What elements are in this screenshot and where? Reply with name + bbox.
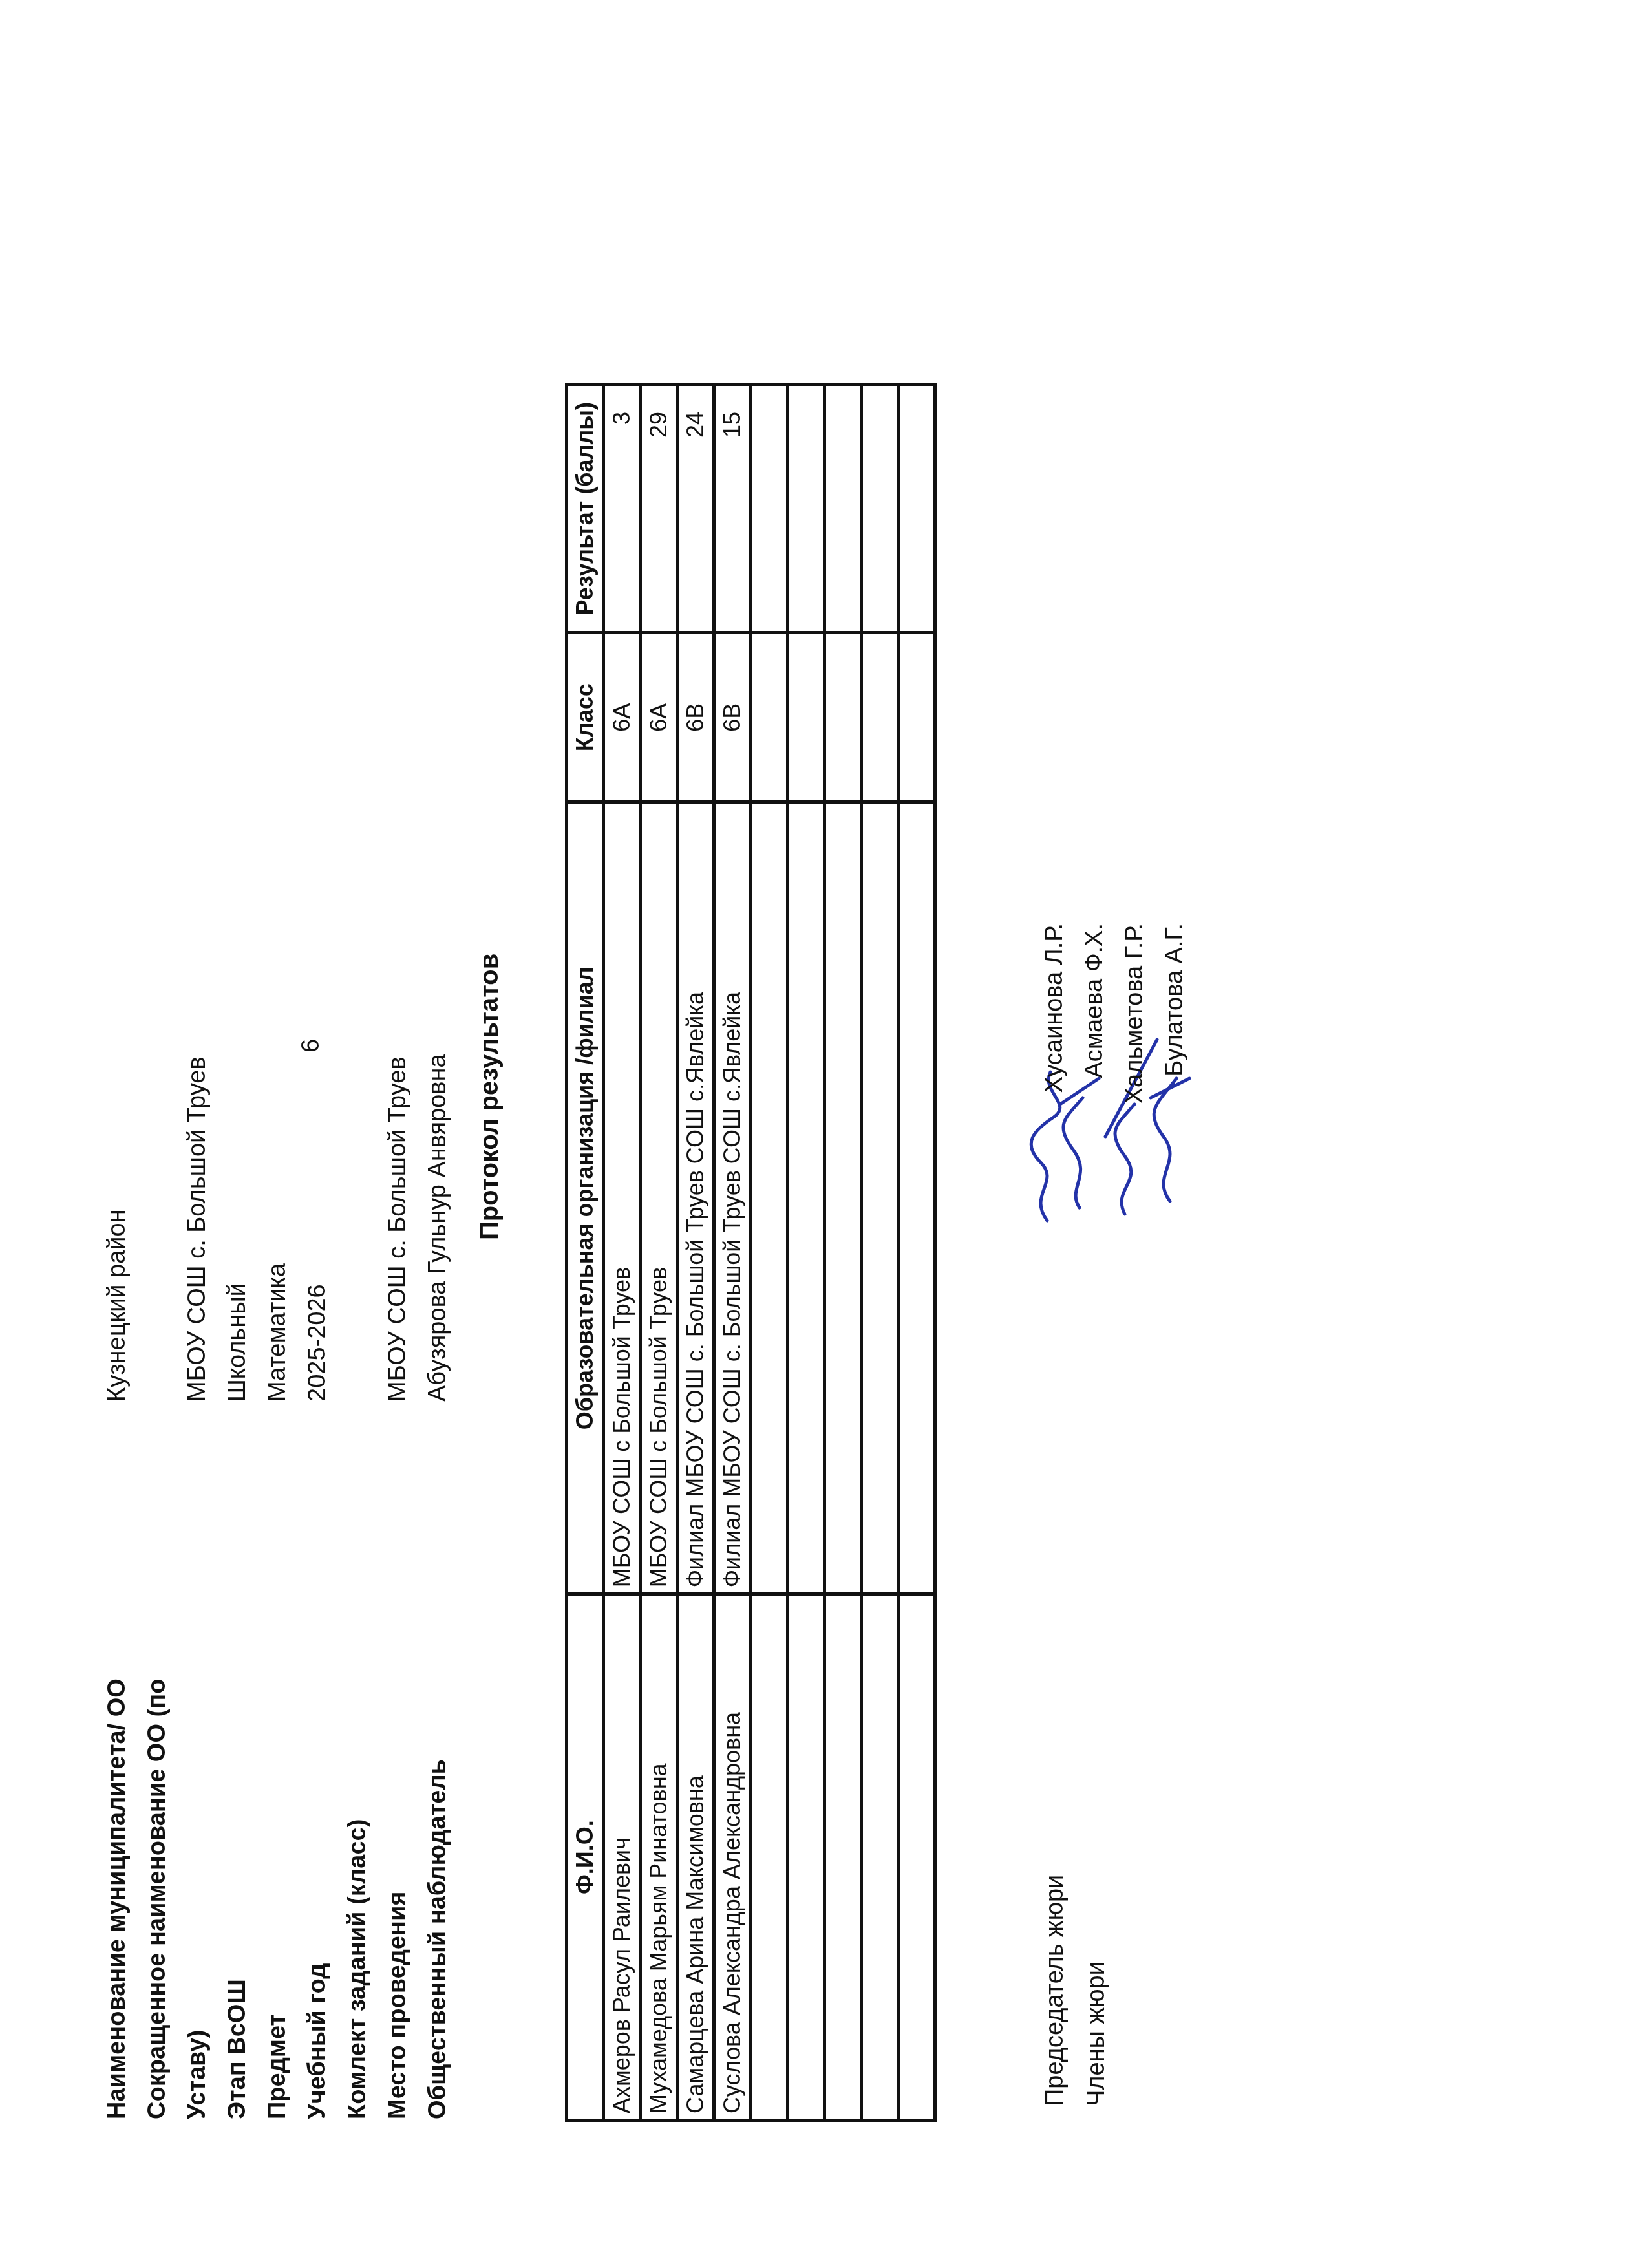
venue-value: МБОУ СОШ с. Большой Труев xyxy=(378,1054,418,1402)
cell-fio xyxy=(899,1594,935,2121)
meta-label: Место проведения xyxy=(378,1678,418,2119)
table-row xyxy=(751,385,788,2121)
cell-fio: Суслова Александра Александровна xyxy=(714,1594,751,2121)
cell-organization: Филиал МБОУ СОШ с. Большой Труев СОШ с.Я… xyxy=(677,802,714,1594)
cell-class xyxy=(825,633,862,802)
cell-fio xyxy=(825,1594,862,2121)
meta-values: Кузнецкий район МБОУ СОШ с. Большой Труе… xyxy=(97,1054,458,1402)
meta-label: Учебный год xyxy=(297,1678,337,2119)
meta-label: Этап ВсОШ xyxy=(217,1678,257,2119)
jury-name: Асмаева Ф.Х. xyxy=(1074,923,1114,1169)
jury-chair-label: Председатель жюри xyxy=(1034,1875,1076,2106)
cell-organization: МБОУ СОШ с Большой Труев xyxy=(604,802,641,1594)
meta-labels: Наименование муниципалитета/ ОО Сокращен… xyxy=(97,1678,458,2119)
cell-fio xyxy=(862,1594,899,2121)
cell-fio xyxy=(751,1594,788,2121)
cell-result xyxy=(862,385,899,633)
school-short-name-value: МБОУ СОШ с. Большой Труев xyxy=(177,1054,217,1402)
school-year-value: 2025-2026 xyxy=(297,1054,337,1402)
cell-result: 29 xyxy=(641,385,677,633)
cell-organization xyxy=(899,802,935,1594)
cell-organization: Филиал МБОУ СОШ с. Большой Труев СОШ с.Я… xyxy=(714,802,751,1594)
table-row xyxy=(788,385,825,2121)
cell-result xyxy=(825,385,862,633)
cell-class: 6А xyxy=(604,633,641,802)
page-title: Протокол результатов xyxy=(475,954,504,1240)
results-table: Ф.И.О. Образовательная организация /фили… xyxy=(565,383,937,2122)
cell-class xyxy=(751,633,788,802)
jury-name: Булатова А.Г. xyxy=(1154,923,1195,1169)
cell-fio: Ахмеров Расул Раилевич xyxy=(604,1594,641,2121)
meta-label: Уставу) xyxy=(177,1678,217,2119)
cell-organization xyxy=(825,802,862,1594)
cell-organization xyxy=(751,802,788,1594)
table-row xyxy=(862,385,899,2121)
meta-label: Сокращенное наименование ОО (по xyxy=(137,1678,177,2119)
jury-name: Хальметова Г.Р. xyxy=(1114,923,1154,1169)
header-fio: Ф.И.О. xyxy=(567,1594,604,2121)
meta-label: Предмет xyxy=(257,1678,297,2119)
header-class: Класс xyxy=(567,633,604,802)
subject-value: Математика xyxy=(257,1054,297,1402)
meta-label: Наименование муниципалитета/ ОО xyxy=(97,1678,137,2119)
cell-fio: Самарцева Арина Максимовна xyxy=(677,1594,714,2121)
cell-result: 15 xyxy=(714,385,751,633)
cell-organization xyxy=(788,802,825,1594)
cell-class xyxy=(862,633,899,802)
meta-value xyxy=(337,1054,378,1402)
table-row: Мухамедова Марьям РинатовнаМБОУ СОШ с Бо… xyxy=(641,385,677,2121)
cell-result xyxy=(751,385,788,633)
jury-names: Хусаинова Л.Р. Асмаева Ф.Х. Хальметова Г… xyxy=(1034,923,1195,1169)
cell-fio xyxy=(788,1594,825,2121)
header-organization: Образовательная организация /филиал xyxy=(567,802,604,1594)
cell-class xyxy=(899,633,935,802)
cell-result: 3 xyxy=(604,385,641,633)
cell-organization: МБОУ СОШ с Большой Труев xyxy=(641,802,677,1594)
table-row: Самарцева Арина МаксимовнаФилиал МБОУ СО… xyxy=(677,385,714,2121)
cell-fio: Мухамедова Марьям Ринатовна xyxy=(641,1594,677,2121)
table-row xyxy=(825,385,862,2121)
cell-class: 6В xyxy=(677,633,714,802)
cell-result xyxy=(788,385,825,633)
cell-class: 6А xyxy=(641,633,677,802)
municipality-value: Кузнецкий район xyxy=(97,1054,137,1402)
jury-name: Хусаинова Л.Р. xyxy=(1034,923,1074,1169)
stage-value: Школьный xyxy=(217,1054,257,1402)
task-set-class-value: 6 xyxy=(297,1039,325,1053)
observer-value: Абузярова Гульнур Анвяровна xyxy=(418,1054,458,1402)
table-header-row: Ф.И.О. Образовательная организация /фили… xyxy=(567,385,604,2121)
cell-class xyxy=(788,633,825,802)
protocol-page: Наименование муниципалитета/ ОО Сокращен… xyxy=(0,0,1649,2268)
cell-organization xyxy=(862,802,899,1594)
meta-label: Общественный наблюдатель xyxy=(418,1678,458,2119)
header-result: Результат (баллы) xyxy=(567,385,604,633)
meta-label: Комлект заданий (класс) xyxy=(337,1678,378,2119)
cell-class: 6В xyxy=(714,633,751,802)
table-row: Ахмеров Расул РаилевичМБОУ СОШ с Большой… xyxy=(604,385,641,2121)
meta-value xyxy=(137,1054,177,1402)
table-row: Суслова Александра АлександровнаФилиал М… xyxy=(714,385,751,2121)
table-row xyxy=(899,385,935,2121)
jury-labels: Председатель жюри Члены жюри xyxy=(1034,1875,1117,2106)
cell-result xyxy=(899,385,935,633)
cell-result: 24 xyxy=(677,385,714,633)
jury-members-label: Члены жюри xyxy=(1076,1875,1117,2106)
